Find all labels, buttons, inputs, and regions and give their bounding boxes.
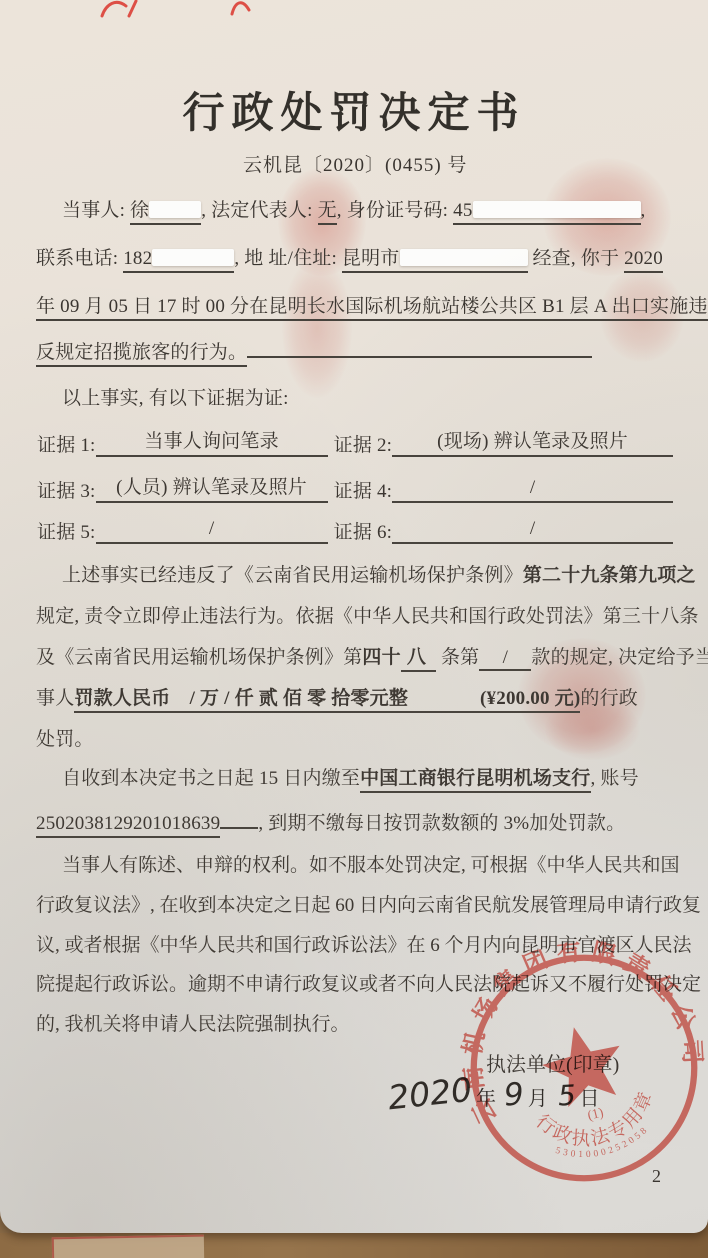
id-label: , 身份证号码: [337,200,453,221]
fine-amount-figures: (¥200.00 元) [480,688,580,709]
phone-prefix: 182 [123,248,152,269]
document-page: 行政处罚决定书 云机昆〔2020〕(0455) 号 当事人: 徐, 法定代表人:… [0,0,708,1233]
underlying-paper-edge [52,1235,204,1258]
official-seal: 云南机场集团有限责任公司 行政执法专用章 (1) 5301000252058 [431,915,708,1220]
violation-year: 2020 [624,248,663,273]
rights-line-2: 行政复议法》, 在收到本决定之日起 60 日内向云南省民航发展管理局申请行政复 [36,890,701,917]
ruling-line-1: 上述事实已经违反了《云南省民用运输机场保护条例》第二十九条第九项之 [62,560,696,587]
article-number-printed: 四十 [362,647,400,668]
violation-detail: 年 09 月 05 日 17 时 00 分在昆明长水国际机场航站楼公共区 B1 … [36,296,708,321]
ruling-text: 事人 [36,688,74,709]
ruling-line-5: 处罚。 [36,724,94,751]
fingerprint-smudge [282,258,352,398]
account-number: 2502038129201018639 [36,813,220,838]
evidence-value-3: (人员) 辨认笔录及照片 [96,472,328,503]
blank-line [220,827,258,829]
id-prefix: 45 [453,200,472,221]
ruling-text: 上述事实已经违反了《云南省民用运输机场保护条例》 [62,565,523,586]
legal-rep-label: , 法定代表人: [201,200,317,221]
phone-label: 联系电话: [36,248,123,269]
late-fee-text: , 到期不缴每日按罚款数额的 3%加处罚款。 [258,813,625,834]
cited-article: 第二十九条第九项之 [523,565,696,586]
party-name-visible: 徐 [130,200,149,221]
evidence-row: 证据 3: (人员) 辨认笔录及照片 证据 4: / [37,472,673,503]
clause-blank: / [479,647,531,671]
ruling-line-4: 事人罚款人民币 / 万 / 仟 贰 佰 零 拾零元整(¥200.00 元)的行政 [36,683,638,710]
bank-name: 中国工商银行昆明机场支行 [360,768,590,793]
redaction-box [400,249,528,266]
photographed-document: { "title": "行政处罚决定书", "doc_number": "云机昆… [0,0,708,1258]
document-number: 云机昆〔2020〕(0455) 号 [243,150,467,177]
account-label: , 账号 [591,768,639,789]
party-line-3: 年 09 月 05 日 17 时 00 分在昆明长水国际机场航站楼公共区 B1 … [36,291,708,318]
article-number-filled: 八 [401,647,436,672]
ruling-line-2: 规定, 责令立即停止违法行为。依据《中华人民共和国行政处罚法》第三十八条 [36,601,699,628]
payment-line-2: 2502038129201018639, 到期不缴每日按罚款数额的 3%加处罚款… [36,808,625,835]
evidence-label-2: 证据 2: [334,430,393,457]
ruling-line-3: 及《云南省民用运输机场保护条例》第四十八 条第/款的规定, 决定给予当 [36,642,708,671]
page-number: 2 [652,1166,661,1187]
evidence-label-5: 证据 5: [37,517,96,544]
ruling-text: 的行政 [580,688,638,709]
ruling-text: 款的规定, 决定给予当 [531,647,708,668]
comma: , [641,200,646,221]
evidence-label-6: 证据 6: [334,517,393,544]
ruling-text: 及《云南省民用运输机场保护条例》第 [36,647,362,668]
ruling-text: 条第 [436,647,479,668]
fine-amount-words: 罚款人民币 / 万 / 仟 贰 佰 零 拾零元整 [74,688,408,709]
page-title: 行政处罚决定书 [0,80,708,140]
redaction-box [149,201,201,218]
red-pen-mark [92,0,292,18]
evidence-row: 证据 1: 当事人询问笔录 证据 2: (现场) 辨认笔录及照片 [37,426,673,457]
payment-text: 自收到本决定书之日起 15 日内缴至 [62,768,360,789]
party-line-2: 联系电话: 182, 地 址/住址: 昆明市 经查, 你于 2020 [36,243,663,270]
evidence-label-4: 证据 4: [334,476,393,503]
clause-slash: / [503,647,508,668]
redaction-box [473,201,641,218]
evidence-value-5: / [96,518,328,544]
evidence-intro: 以上事实, 有以下证据为证: [62,383,289,410]
address-prefix: 昆明市 [342,248,400,269]
rights-line-1: 当事人有陈述、申辩的权利。如不服本处罚决定, 可根据《中华人民共和国 [62,850,680,877]
blank-line [247,356,592,358]
evidence-label-1: 证据 1: [37,430,96,457]
payment-line-1: 自收到本决定书之日起 15 日内缴至中国工商银行昆明机场支行, 账号 [62,763,639,790]
evidence-value-6: / [392,518,673,544]
violation-conclusion: 反规定招揽旅客的行为。 [36,342,247,367]
redaction-box [152,249,234,266]
evidence-value-2: (现场) 辨认笔录及照片 [392,426,673,457]
post-address-text: 经查, 你于 [528,248,625,269]
evidence-value-4: / [392,477,673,503]
evidence-label-3: 证据 3: [37,476,96,503]
evidence-row: 证据 5: / 证据 6: / [37,517,673,544]
seal-star-icon [535,1018,631,1111]
rights-line-5: 的, 我机关将申请人民法院强制执行。 [36,1009,350,1036]
legal-rep-value: 无 [318,200,337,225]
party-line-1: 当事人: 徐, 法定代表人: 无, 身份证号码: 45, [62,195,645,222]
party-label: 当事人: [62,200,130,221]
party-line-4: 反规定招揽旅客的行为。 [36,337,592,364]
seal-index: (1) [586,1104,605,1123]
evidence-value-1: 当事人询问笔录 [96,426,328,457]
address-label: , 地 址/住址: [234,248,342,269]
